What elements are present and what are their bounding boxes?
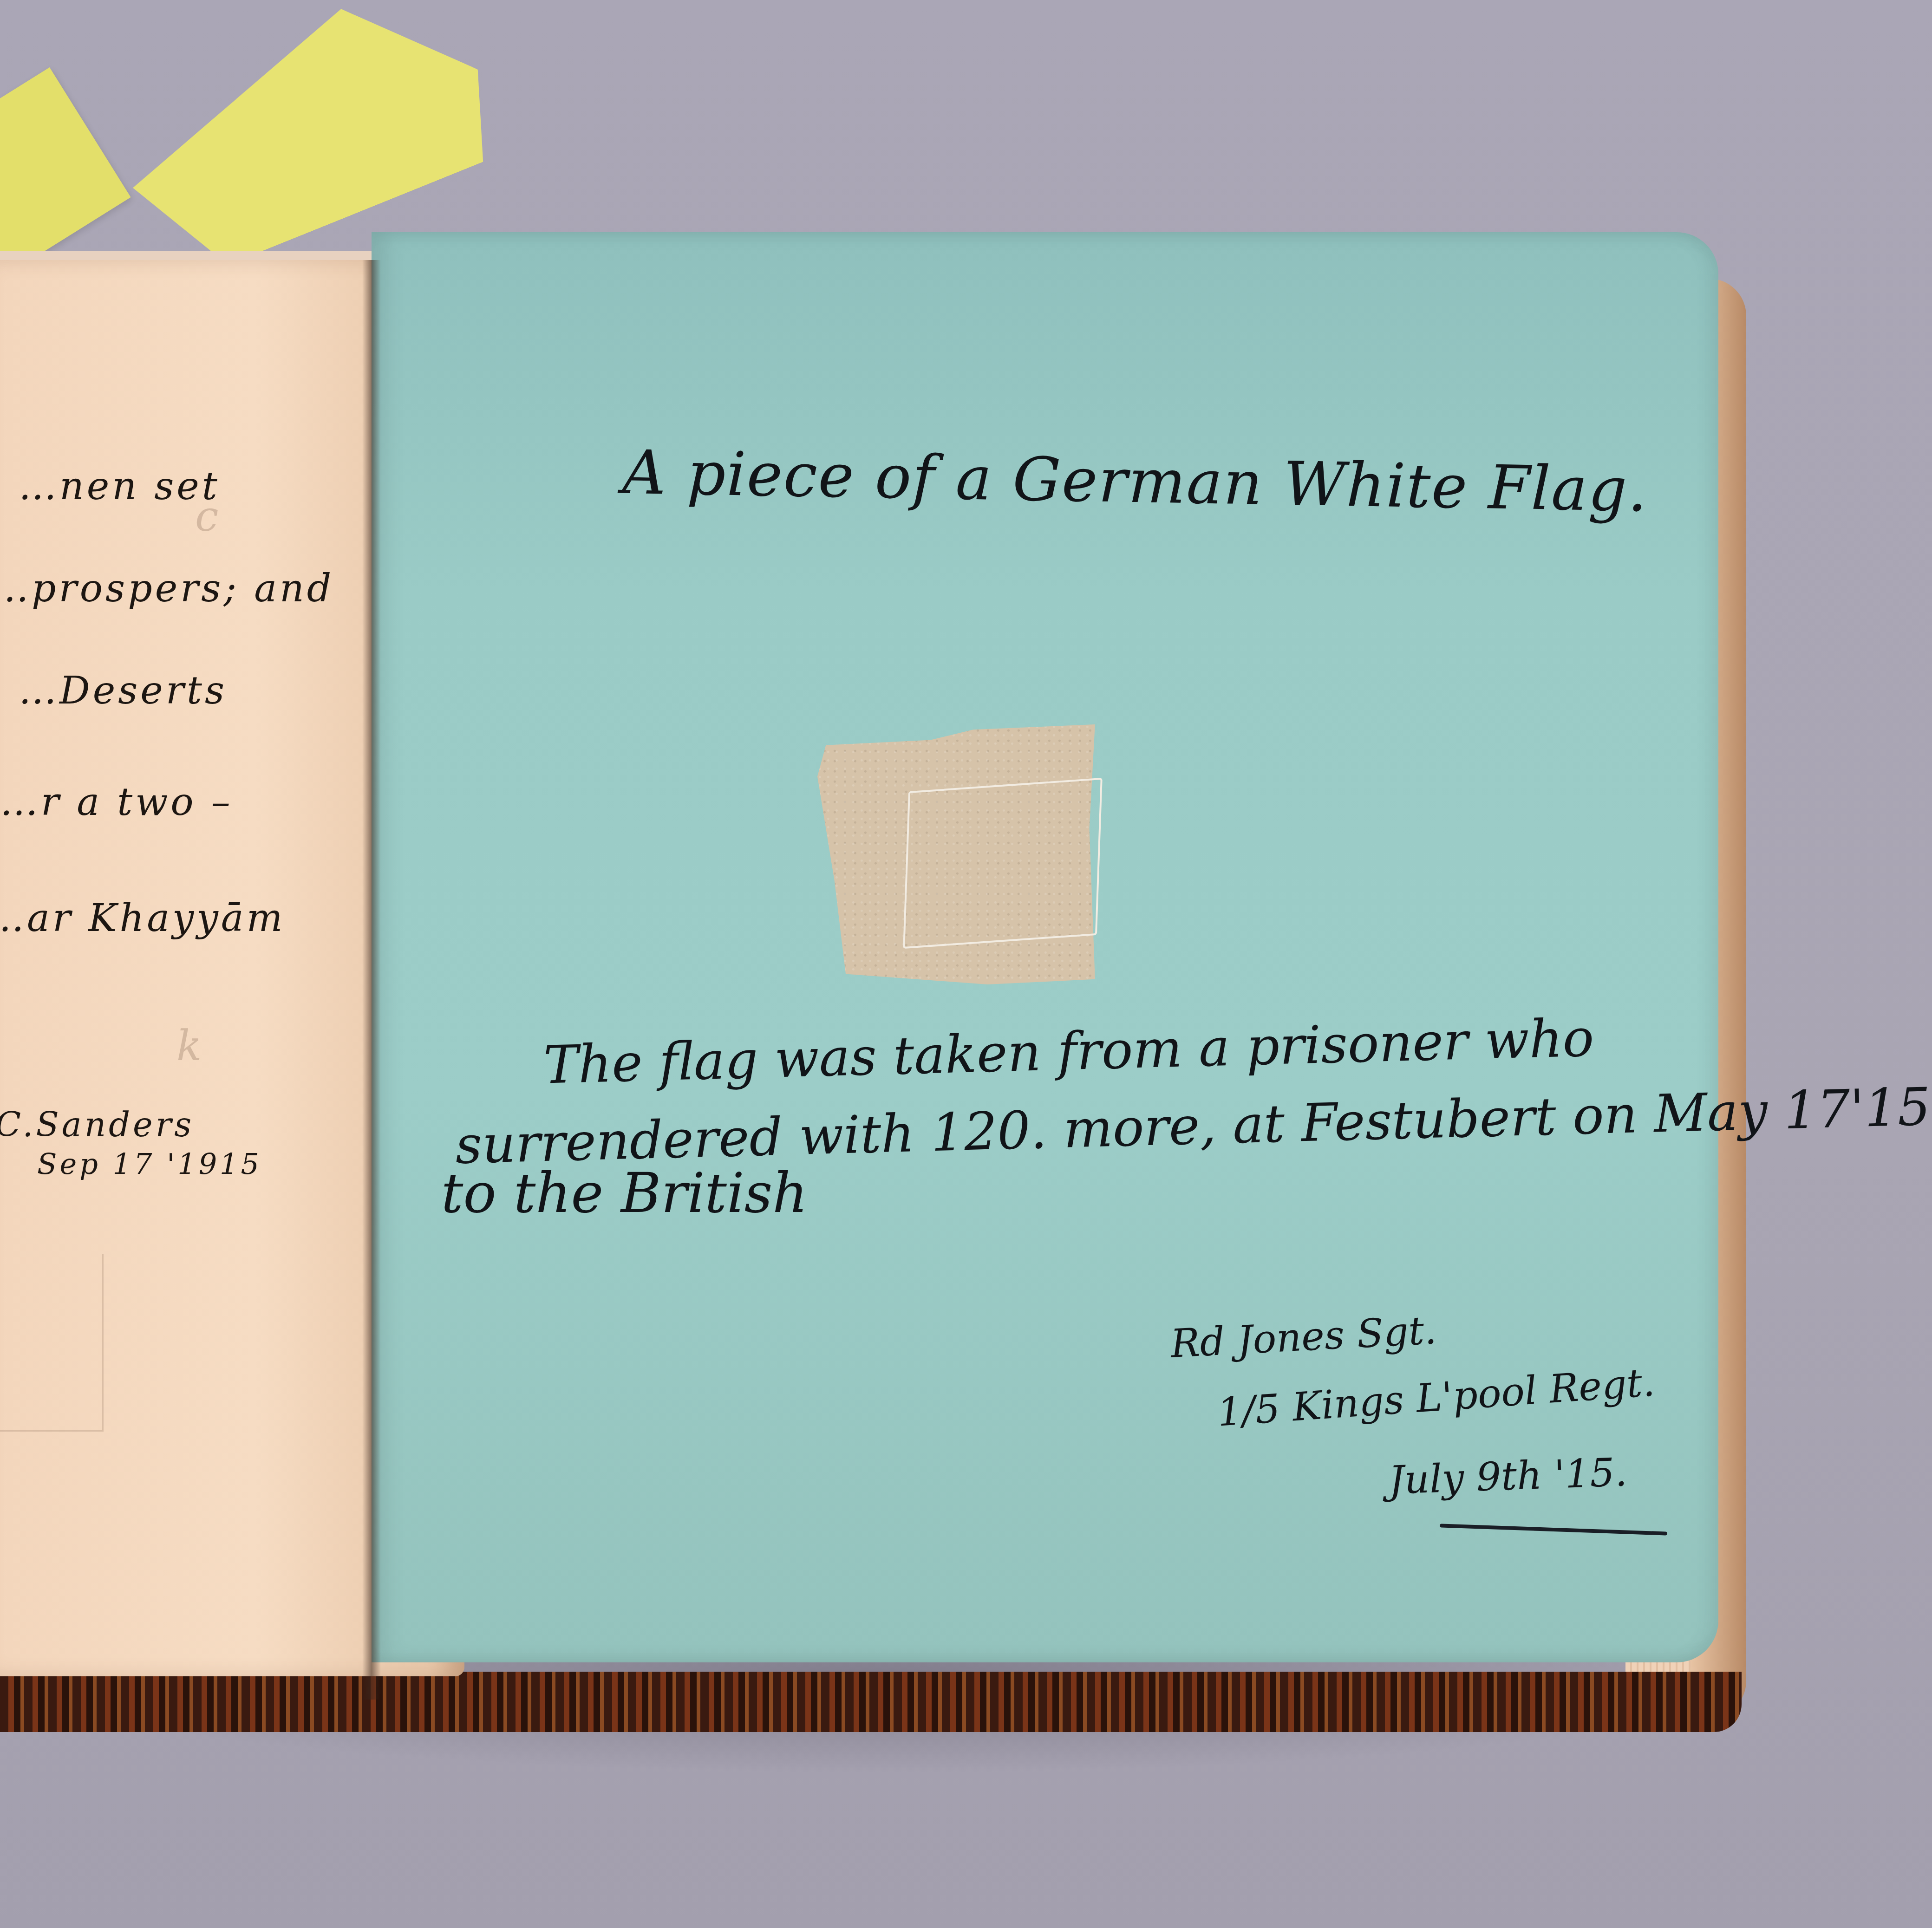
book-gutter (362, 260, 381, 1700)
book-cover-bottom (0, 1672, 1742, 1732)
left-page-signature: C.Sanders (0, 1105, 194, 1144)
pencil-frame (0, 1254, 104, 1432)
left-page-line: …r a two – (0, 780, 233, 824)
left-page-date: Sep 17 '1915 (37, 1147, 262, 1181)
signature-date: July 9th '15. (1388, 1449, 1628, 1503)
flag-stitching (903, 778, 1103, 949)
left-page-line: …nen set (19, 464, 220, 508)
left-page-line: …ar Khayyām (0, 896, 285, 940)
body-line: to the British (441, 1161, 808, 1225)
left-page-line: …prospers; and (0, 567, 334, 611)
left-page-line: …Deserts (19, 669, 227, 713)
pencil-mark: k (176, 1022, 202, 1070)
